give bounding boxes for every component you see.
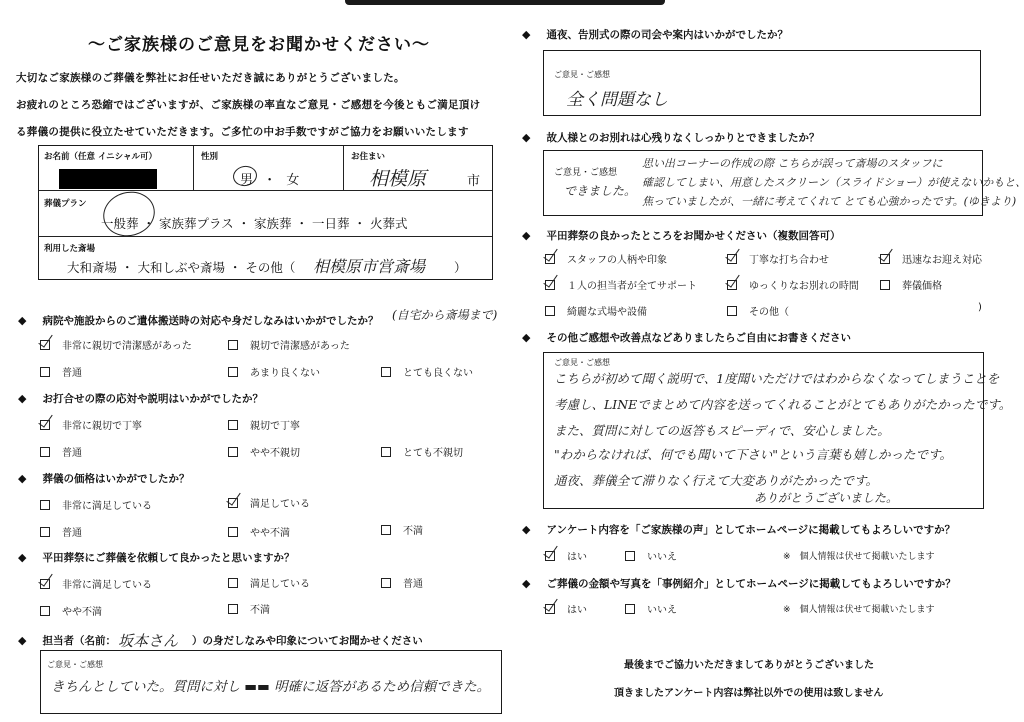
diamond-bullet-icon: ◆	[522, 331, 530, 344]
comment-label: ご意見・ご感想	[47, 659, 103, 670]
checkbox-checked-icon[interactable]	[545, 280, 555, 290]
gender-female[interactable]: 女	[286, 173, 299, 188]
form-title: 〜ご家族様のご意見をお聞かせください〜	[88, 30, 430, 55]
diamond-bullet-icon: ◆	[18, 314, 26, 327]
checkbox-checked-icon[interactable]	[727, 280, 737, 290]
farewell-comment-line-3: 焦っていましたが、一緒に考えてくれて とても心強かったです。(ゆきより)	[642, 193, 1016, 209]
checkbox-icon[interactable]	[40, 606, 50, 616]
intro-line-3: る葬儀の提供に役立たせていただきます。ご多忙の中お手数ですがご協力をお願いいたし…	[16, 124, 469, 139]
option-overall-dissatisfied[interactable]: 不満	[228, 601, 270, 616]
option-meeting-somewhat-unkind[interactable]: やや不親切	[228, 444, 300, 459]
hall-other-value[interactable]: 相模原市営斎場	[313, 254, 425, 277]
option-meeting-very-unkind[interactable]: とても不親切	[381, 444, 463, 459]
option-overall-average[interactable]: 普通	[381, 575, 423, 590]
question-price: ◆ 葬儀の価格はいかがでしたか？	[18, 471, 189, 486]
info-table: お名前（任意 イニシャル可） 性別 男 ・ 女 お住まい 相模原 市 葬儀プラン…	[38, 145, 493, 280]
checkbox-icon[interactable]	[228, 420, 238, 430]
option-good-quick-pickup[interactable]: 迅速なお迎え対応	[880, 251, 982, 266]
checkbox-checked-icon[interactable]	[545, 551, 555, 561]
question-transport: ◆ 病院や施設からのご遺体搬送時の対応や身だしなみはいかがでしたか？	[18, 313, 378, 328]
checkbox-checked-icon[interactable]	[727, 254, 737, 264]
diamond-bullet-icon: ◆	[18, 392, 26, 405]
option-transport-very-bad[interactable]: とても良くない	[381, 364, 473, 379]
question-good-points: ◆ 平田葬祭の良かったところをお聞かせください（複数回答可）	[522, 228, 840, 243]
option-transport-average[interactable]: 普通	[40, 364, 82, 379]
diamond-bullet-icon: ◆	[522, 28, 530, 41]
publish-case-note: ※ 個人情報は伏せて掲載いたします	[783, 602, 935, 615]
plan-options[interactable]: 一般葬 ・ 家族葬プラス ・ 家族葬 ・ 一日葬 ・ 火葬式	[101, 214, 407, 232]
option-good-price[interactable]: 葬儀価格	[880, 277, 942, 292]
checkbox-icon[interactable]	[40, 500, 50, 510]
other-close-paren: )	[978, 302, 982, 313]
option-good-other[interactable]: その他（	[727, 303, 789, 318]
option-meeting-kind[interactable]: 親切で丁寧	[228, 417, 300, 432]
checkbox-icon[interactable]	[381, 578, 391, 588]
option-overall-somewhat-dissatisfied[interactable]: やや不満	[40, 603, 102, 618]
option-price-average[interactable]: 普通	[40, 524, 82, 539]
ceremony-comment-box[interactable]: ご意見・ご感想 全く問題なし	[543, 50, 981, 116]
free-comment-line-5: 通夜、葬儀全て滞りなく行えて大変ありがたかったです。	[554, 471, 878, 489]
diamond-bullet-icon: ◆	[18, 634, 26, 647]
question-publish-voice: ◆ アンケート内容を「ご家族様の声」としてホームページに掲載してもよろしいですか…	[522, 522, 955, 537]
checkbox-icon[interactable]	[381, 447, 391, 457]
option-overall-very-satisfied[interactable]: 非常に満足している	[40, 576, 152, 591]
question-staff: ◆ 担当者（名前： 坂本さん ）の身だしなみや印象についてお聞かせください	[18, 630, 423, 651]
checkbox-icon[interactable]	[381, 525, 391, 535]
diamond-bullet-icon: ◆	[522, 229, 530, 242]
gender-separator: ・	[263, 173, 276, 188]
option-good-single-staff[interactable]: １人の担当者が全てサポート	[545, 277, 697, 292]
address-value[interactable]: 相模原	[369, 164, 426, 191]
question-publish-case: ◆ ご葬儀の金額や写真を「事例紹介」としてホームページに掲載してもよろしいですか…	[522, 576, 956, 591]
question-ceremony: ◆ 通夜、告別式の際の司会や案内はいかがでしたか？	[522, 27, 788, 42]
question-farewell: ◆ 故人様とのお別れは心残りなくしっかりとできましたか？	[522, 130, 819, 145]
checkbox-icon[interactable]	[40, 447, 50, 457]
option-transport-very-kind[interactable]: 非常に親切で清潔感があった	[40, 337, 192, 352]
free-comment-line-1: こちらが初めて聞く説明で、1度聞いただけではわからなくなってしまうことを	[554, 369, 999, 387]
question-meeting: ◆ お打合せの際の応対や説明はいかがでしたか？	[18, 391, 263, 406]
checkbox-icon[interactable]	[625, 604, 635, 614]
staff-name[interactable]: 坂本さん	[118, 630, 178, 651]
hall-options[interactable]: 大和斎場 ・ 大和しぶや斎場 ・ その他（	[67, 258, 295, 276]
option-overall-satisfied[interactable]: 満足している	[228, 575, 310, 590]
checkbox-icon[interactable]	[228, 340, 238, 350]
intro-line-2: お疲れのところ恐縮ではございますが、ご家族様の率直なご意見・ご感想を今後ともご満…	[16, 97, 480, 112]
intro-line-1: 大切なご家族様のご葬儀を弊社にお任せいただき誠にありがとうございました。	[16, 70, 405, 85]
diamond-bullet-icon: ◆	[522, 131, 530, 144]
transport-note: (自宅から斎場まで)	[392, 306, 497, 323]
gender-options[interactable]: 男 ・ 女	[240, 169, 299, 188]
question-free-comment: ◆ その他ご感想や改善点などありましたらご自由にお書きください	[522, 330, 851, 345]
diamond-bullet-icon: ◆	[18, 472, 26, 485]
checkbox-icon[interactable]	[880, 280, 890, 290]
comment-label: ご意見・ご感想	[554, 69, 610, 80]
option-good-venue[interactable]: 綺麗な式場や設備	[545, 303, 647, 318]
publish-voice-note: ※ 個人情報は伏せて掲載いたします	[783, 549, 935, 562]
question-overall: ◆ 平田葬祭にご葬儀を依頼して良かったと思いますか？	[18, 550, 294, 565]
footer-thanks: 最後までご協力いただきましてありがとうございました	[624, 656, 874, 671]
option-price-satisfied[interactable]: 満足している	[228, 495, 310, 510]
free-comment-line-2: 考慮し、LINEでまとめて内容を送ってくれることがとてもありがたかったです。	[554, 395, 1011, 413]
option-publish-case-yes[interactable]: はい	[545, 601, 587, 616]
checkbox-checked-icon[interactable]	[228, 498, 238, 508]
option-meeting-average[interactable]: 普通	[40, 444, 82, 459]
checkbox-icon[interactable]	[545, 306, 555, 316]
plan-label: 葬儀プラン	[44, 197, 87, 209]
checkbox-checked-icon[interactable]	[545, 604, 555, 614]
diamond-bullet-icon: ◆	[522, 523, 530, 536]
option-price-somewhat-dissatisfied[interactable]: やや不満	[228, 524, 290, 539]
name-redacted	[59, 169, 157, 189]
scan-edge-mark	[345, 0, 665, 5]
checkbox-icon[interactable]	[228, 527, 238, 537]
ceremony-comment-text: 全く問題なし	[566, 85, 668, 110]
gender-label: 性別	[201, 150, 218, 162]
checkbox-icon[interactable]	[228, 578, 238, 588]
address-suffix: 市	[467, 170, 480, 189]
diamond-bullet-icon: ◆	[18, 551, 26, 564]
checkbox-icon[interactable]	[228, 447, 238, 457]
checkbox-icon[interactable]	[228, 367, 238, 377]
footer-privacy: 頂きましたアンケート内容は弊社以外での使用は致しません	[614, 684, 883, 699]
hall-label: 利用した斎場	[44, 242, 95, 254]
farewell-answer: できました。	[564, 182, 636, 199]
checkbox-checked-icon[interactable]	[545, 254, 555, 264]
option-publish-voice-no[interactable]: いいえ	[625, 548, 677, 563]
comment-label: ご意見・ご感想	[554, 357, 610, 368]
checkbox-icon[interactable]	[40, 367, 50, 377]
free-comment-line-6: ありがとうございました。	[754, 489, 898, 506]
staff-comment-box[interactable]: ご意見・ご感想 きちんとしていた。質問に対し ▬▬ 明確に返答があるため信頼でき…	[40, 650, 502, 714]
option-meeting-very-kind[interactable]: 非常に親切で丁寧	[40, 417, 142, 432]
option-price-very-satisfied[interactable]: 非常に満足している	[40, 497, 152, 512]
gender-male[interactable]: 男	[240, 173, 253, 188]
checkbox-icon[interactable]	[40, 527, 50, 537]
option-good-farewell-time[interactable]: ゆっくりなお別れの時間	[727, 277, 859, 292]
option-price-dissatisfied[interactable]: 不満	[381, 522, 423, 537]
checkbox-icon[interactable]	[228, 604, 238, 614]
checkbox-icon[interactable]	[625, 551, 635, 561]
hall-close-paren: ）	[454, 258, 467, 276]
diamond-bullet-icon: ◆	[522, 577, 530, 590]
checkbox-checked-icon[interactable]	[40, 340, 50, 350]
checkbox-checked-icon[interactable]	[40, 420, 50, 430]
checkbox-checked-icon[interactable]	[880, 254, 890, 264]
free-comment-box[interactable]: ご意見・ご感想 こちらが初めて聞く説明で、1度聞いただけではわからなくなってしま…	[543, 352, 984, 509]
checkbox-checked-icon[interactable]	[40, 579, 50, 589]
address-label: お住まい	[351, 150, 385, 162]
option-transport-not-good[interactable]: あまり良くない	[228, 364, 320, 379]
checkbox-icon[interactable]	[727, 306, 737, 316]
option-good-careful-meeting[interactable]: 丁寧な打ち合わせ	[727, 251, 829, 266]
free-comment-line-4: "わからなければ、何でも聞いて下さい"という言葉も嬉しかったです。	[554, 445, 952, 463]
option-publish-case-no[interactable]: いいえ	[625, 601, 677, 616]
checkbox-icon[interactable]	[381, 367, 391, 377]
plan-general[interactable]: 一般葬	[101, 216, 139, 231]
free-comment-line-3: また、質問に対しての返答もスピーディで、安心しました。	[554, 421, 890, 439]
staff-comment-text: きちんとしていた。質問に対し ▬▬ 明確に返答があるため信頼できた。	[51, 675, 490, 695]
farewell-comment-line-2: 確認してしまい、用意したスクリーン（スライドショー）が使えないかもと、	[642, 174, 1024, 190]
farewell-comment-line-1: 思い出コーナーの作成の際 こちらが誤って斎場のスタッフに	[642, 155, 943, 171]
option-transport-kind[interactable]: 親切で清潔感があった	[228, 337, 350, 352]
name-label: お名前（任意 イニシャル可）	[44, 150, 157, 162]
comment-label: ご意見・ご感想	[554, 165, 617, 178]
option-publish-voice-yes[interactable]: はい	[545, 548, 587, 563]
plan-other-options[interactable]: ・ 家族葬プラス ・ 家族葬 ・ 一日葬 ・ 火葬式	[143, 216, 408, 231]
option-good-staff-personality[interactable]: スタッフの人柄や印象	[545, 251, 667, 266]
farewell-comment-box[interactable]: ご意見・ご感想 できました。 思い出コーナーの作成の際 こちらが誤って斎場のスタ…	[543, 150, 983, 216]
